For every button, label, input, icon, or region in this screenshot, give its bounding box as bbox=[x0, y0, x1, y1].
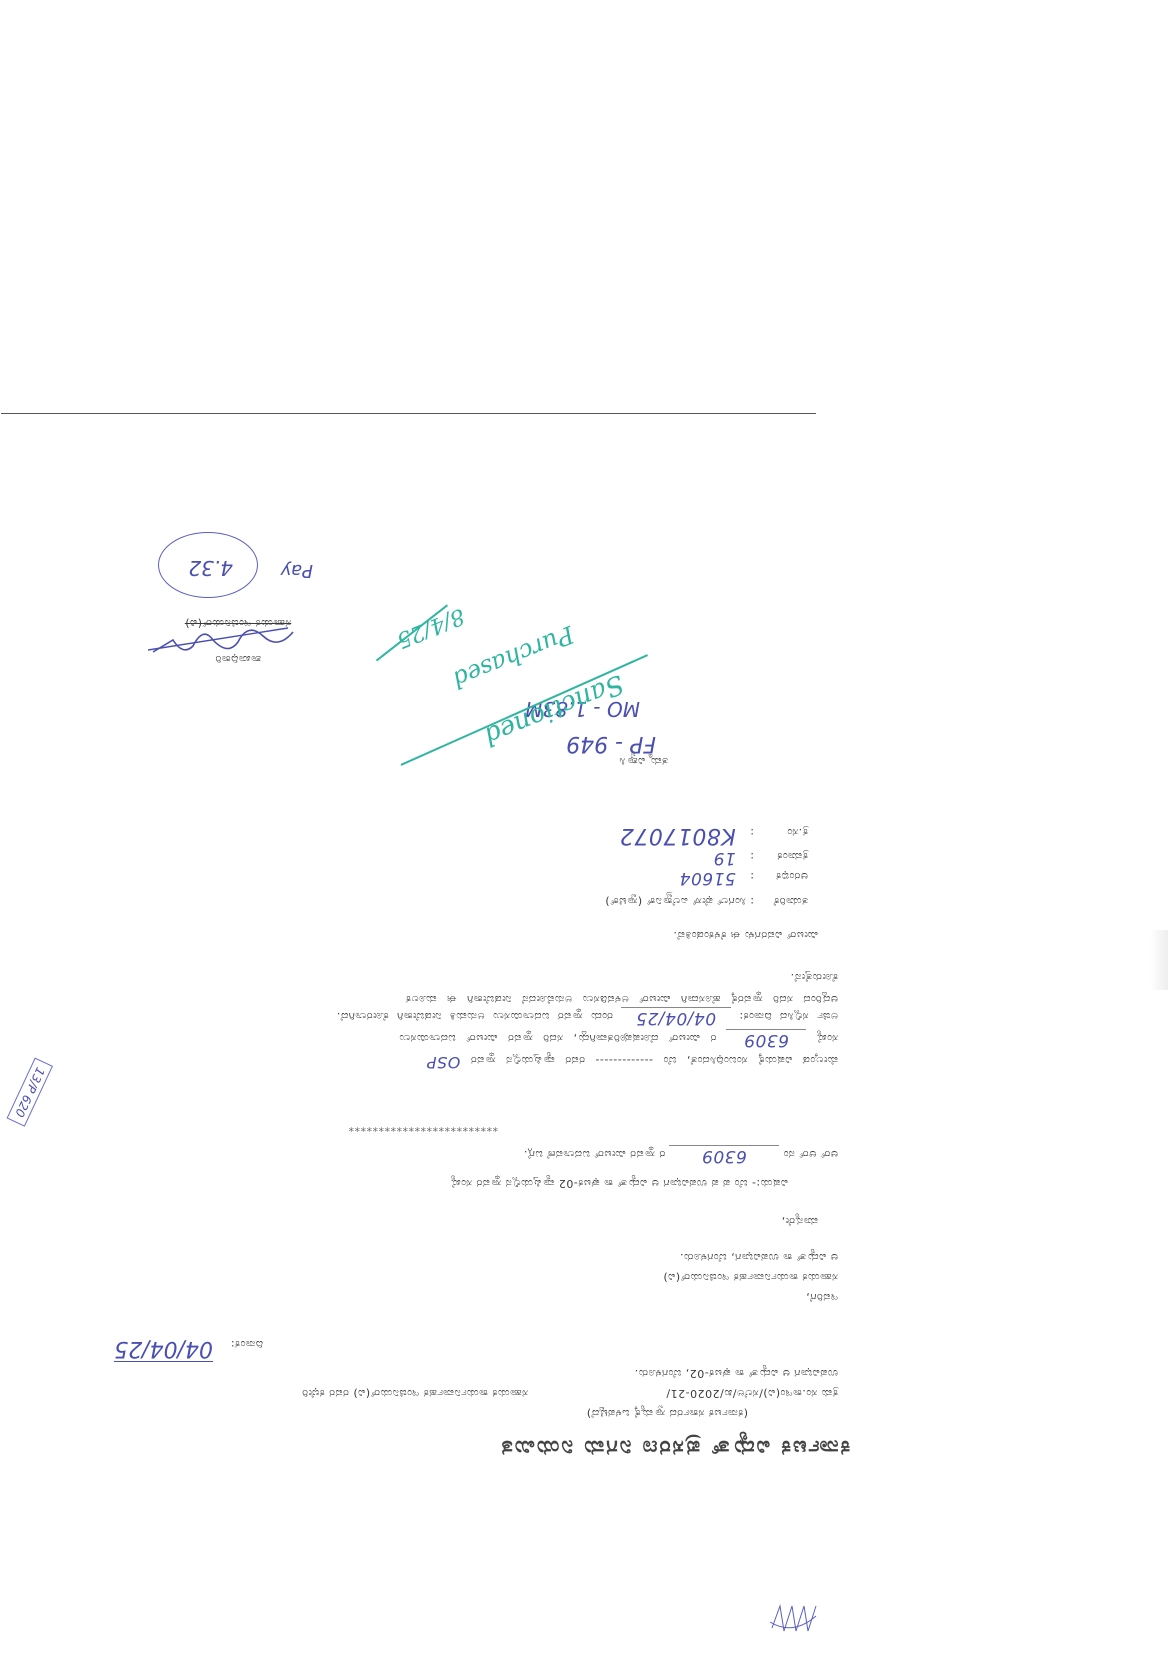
subject-line-1: ವಿಷಯ:- ಬೆಂ ಪ ಪ ಉಪವಿಭಾಗ ಆ ವಿದ್ಯುತ್ ಕಾ ಘಟಕ… bbox=[450, 1176, 788, 1190]
meter-detail-label: ಆರಂಭಿಕ bbox=[758, 869, 808, 883]
subject-prefix: ಆರ್ ಆರ್ ನಂ bbox=[783, 1148, 838, 1161]
handwritten-pay-note: Pay bbox=[280, 560, 313, 581]
to-label: ಇವರಿಗೆ, bbox=[806, 1290, 838, 1304]
meter-detail-sep: : bbox=[750, 895, 754, 908]
body-line-6: ಮೀಟರ್ ವಿವರಗಳು ಈ ಕೆಳಕಂಡಂತಿವೆ. bbox=[673, 928, 818, 942]
handwritten-rr-number: 6309 bbox=[669, 1145, 779, 1166]
subject-suffix: ರ ಸ್ಥಾವರ ಮೀಟರ್ ಬದಲಾವಣೆ ಬಗ್ಗೆ. bbox=[523, 1148, 665, 1161]
meter-detail-row: ಆರಂಭಿಕ : 51604 bbox=[605, 868, 808, 888]
handwritten-margin-note: 13/P 620 bbox=[6, 1058, 53, 1127]
scanned-letter-page: ಕರ್ನಾಟಕ ವಿದ್ಯುತ್ ಪ್ರಸರಣ ನಿಗಮ ನಿಯಮಿತ (ಕರ್… bbox=[0, 0, 1168, 1656]
body-line-5: ಕೋರುತ್ತೇನೆ. bbox=[790, 970, 838, 984]
body-line-1-text: ಮೇಲ್ಕಂಡ ವಿಷಯಕ್ಕೆ ಸಂಬಂಧಿಸಿದಂತೆ, ಬೆಂ -----… bbox=[470, 1054, 838, 1067]
meter-detail-label: ತಯಾರಿಕೆ bbox=[758, 894, 808, 908]
meter-detail-row: ತಯಾರಿಕೆ : ಸಿಂಗಲ್ ಫೇಸ್ ಎಲೆಕ್ಟ್ರಾನಿಕ್ (ಸ್ಟ… bbox=[605, 888, 808, 908]
meter-serial-value: K8017072 bbox=[619, 823, 735, 848]
scan-edge-line bbox=[1, 413, 816, 414]
body-line-2-prefix: ಸಂಖ್ಯೆ bbox=[816, 1032, 838, 1045]
signature-scribble-icon bbox=[148, 620, 298, 660]
recipient-line-2: ಆ ವಿದ್ಯುತ್ ಕಾ ಉಪವಿಭಾಗ, ಬೆಂಗಳೂರು. bbox=[680, 1250, 838, 1264]
closing-yours-faithfully: ತಮ್ಮ ವಿಶ್ವಾಸಿ bbox=[619, 754, 668, 768]
body-line-3: ಅರ್ಜಿ ಸಲ್ಲಿಸಿದ ದಿನಾಂಕ: 04/04/25 ರಂದು ಸ್ಥ… bbox=[336, 1007, 838, 1028]
office-address: ಉಪವಿಭಾಗ ಆ ವಿದ್ಯುತ್ ಕಾ ಘಟಕ-02, ಬೆಂಗಳೂರು. bbox=[634, 1366, 838, 1380]
meter-detail-row: ಕ್ರಮಾಂಕ : 19 bbox=[605, 848, 808, 868]
meter-detail-sep: : bbox=[750, 870, 754, 883]
body-line-4: ಆದ್ದರಿಂದ ಸದರಿ ಸ್ಥಾವರಕ್ಕೆ ಹೊಸದಾಗಿ ಮೀಟರ್ ಅ… bbox=[406, 992, 838, 1006]
body-line-3-prefix: ಅರ್ಜಿ ಸಲ್ಲಿಸಿದ ದಿನಾಂಕ: bbox=[739, 1010, 838, 1023]
meter-detail-label: ಕ್ರ.ಸಂ bbox=[758, 825, 808, 839]
meter-detail-row: ಕ್ರ.ಸಂ : K8017072 bbox=[605, 824, 808, 848]
subject-line-2: ಆರ್ ಆರ್ ನಂ 6309 ರ ಸ್ಥಾವರ ಮೀಟರ್ ಬದಲಾವಣೆ ಬ… bbox=[523, 1145, 838, 1166]
meter-detail-sep: : bbox=[750, 826, 754, 839]
separator-asterisks: ************************* bbox=[348, 1121, 498, 1134]
handwritten-osp: OSP bbox=[426, 1053, 460, 1072]
salutation: ಮಾನ್ಯರೇ, bbox=[781, 1214, 818, 1228]
meter-detail-sep: : bbox=[750, 850, 754, 863]
office-name: ಸಹಾಯಕ ಕಾರ್ಯನಿರ್ವಾಹಕ ಇಂಜಿನಿಯರ್(ವಿ) ರವರ ಕಛ… bbox=[302, 1386, 528, 1400]
body-line-3-suffix: ರಂದು ಸ್ಥಾವರ ಬದಲಾಯಿಸಲು ಅನುಮತಿ ನೀಡಬೇಕಾಗಿ ಕ… bbox=[336, 1010, 613, 1023]
meter-detail-label: ಕ್ರಮಾಂಕ bbox=[758, 849, 808, 863]
organization-title: ಕರ್ನಾಟಕ ವಿದ್ಯುತ್ ಪ್ರಸರಣ ನಿಗಮ ನಿಯಮಿತ bbox=[500, 1435, 850, 1460]
date-label: ದಿನಾಂಕ: bbox=[230, 1337, 263, 1351]
meter-details: ತಯಾರಿಕೆ : ಸಿಂಗಲ್ ಫೇಸ್ ಎಲೆಕ್ಟ್ರಾನಿಕ್ (ಸ್ಟ… bbox=[605, 824, 808, 908]
handwritten-date: 04/04/25 bbox=[114, 1336, 213, 1362]
handwritten-rr-number-body: 6309 bbox=[726, 1029, 806, 1050]
scan-shadow bbox=[1150, 930, 1168, 990]
meter-make-value: ಸಿಂಗಲ್ ಫೇಸ್ ಎಲೆಕ್ಟ್ರಾನಿಕ್ (ಸ್ಟಾಟಿಕ್) bbox=[605, 895, 746, 908]
signature-block: ಶಾಖಾಧಿಕಾರಿ ಸಹಾಯಕ ಇಂಜಿನಿಯರ್(ವಿ) bbox=[178, 616, 298, 666]
body-line-2-suffix: ರ ಮೀಟರ್ ದೋಷಪೂರಿತವಾಗಿದ್ದು, ಸದರಿ ಸ್ಥಾವರ ಮೀ… bbox=[399, 1032, 716, 1045]
circled-amount-value: 4.32 bbox=[188, 556, 233, 580]
organization-subtitle: (ಕರ್ನಾಟಕ ಸರ್ಕಾರದ ಸ್ವಾಮ್ಯಕ್ಕೆ ಒಳಪಟ್ಟಿದೆ) bbox=[586, 1406, 748, 1420]
corner-scribble-icon bbox=[768, 1596, 818, 1636]
body-line-2: ಸಂಖ್ಯೆ 6309 ರ ಮೀಟರ್ ದೋಷಪೂರಿತವಾಗಿದ್ದು, ಸದ… bbox=[399, 1029, 838, 1050]
body-line-1: ಮೇಲ್ಕಂಡ ವಿಷಯಕ್ಕೆ ಸಂಬಂಧಿಸಿದಂತೆ, ಬೆಂ -----… bbox=[426, 1053, 838, 1072]
green-note-purchased: Purchased bbox=[449, 620, 578, 694]
meter-initial-reading-value: 51604 bbox=[679, 868, 736, 888]
green-note-date: 8/4/25 bbox=[393, 603, 468, 653]
handwritten-application-date: 04/04/25 bbox=[621, 1007, 731, 1028]
meter-sequence-value: 19 bbox=[713, 848, 736, 868]
reference-number: ಕ್ರಮ ಸಂ.ಕಾಇಂ(ವಿ)/ಸಲೆಅ/ಖ/2020-21/ bbox=[666, 1386, 838, 1400]
handwritten-fp-number-text: FP - 949 bbox=[566, 731, 656, 756]
recipient-line-1: ಸಹಾಯಕ ಕಾರ್ಯನಿರ್ವಾಹಕ ಇಂಜಿನಿಯರ್(ವಿ) bbox=[663, 1270, 838, 1284]
